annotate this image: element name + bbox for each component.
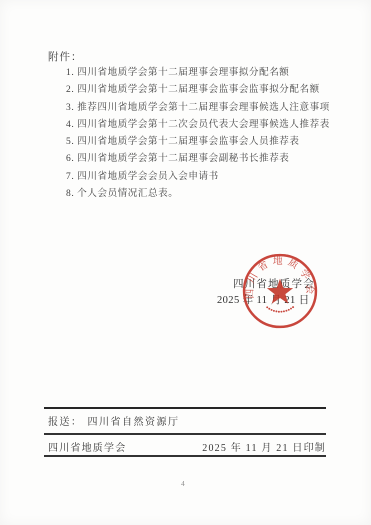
document-page: 附件： 1. 四川省地质学会第十二届理事会理事拟分配名额 2. 四川省地质学会第…	[0, 0, 371, 525]
attachment-item: 7. 四川省地质学会会员入会申请书	[66, 169, 330, 186]
print-date: 2025 年 11 月 21 日印制	[202, 439, 326, 454]
divider-top	[44, 407, 326, 409]
star-icon	[267, 279, 293, 304]
attachment-item: 6. 四川省地质学会第十二届理事会副秘书长推荐表	[66, 151, 330, 168]
attachments-heading: 附件：	[48, 49, 83, 64]
attachment-item: 1. 四川省地质学会第十二届理事会理事拟分配名额	[66, 65, 330, 82]
attachments-list: 1. 四川省地质学会第十二届理事会理事拟分配名额 2. 四川省地质学会第十二届理…	[66, 65, 330, 203]
seal-serial-marks	[266, 306, 294, 313]
attachment-item: 5. 四川省地质学会第十二届理事会监事会人员推荐表	[66, 134, 330, 151]
report-to-label: 报送：	[48, 417, 83, 428]
attachment-item: 8. 个人会员情况汇总表。	[66, 186, 330, 203]
official-seal: 四川省地质学会	[242, 253, 318, 329]
issuer-name: 四川省地质学会	[48, 439, 126, 454]
attachment-item: 3. 推荐四川省地质学会第十二届理事会理事候选人注意事项	[66, 100, 330, 117]
seal-graphic: 四川省地质学会	[242, 253, 318, 329]
divider-middle	[44, 433, 326, 435]
attachment-item: 4. 四川省地质学会第十二次会员代表大会理事候选人推荐表	[66, 117, 330, 134]
report-to-value: 四川省自然资源厅	[88, 417, 180, 428]
divider-bottom	[44, 455, 326, 457]
page-number: 4	[181, 479, 185, 488]
issuer-row: 四川省地质学会 2025 年 11 月 21 日印制	[48, 439, 326, 454]
report-to-row: 报送：四川省自然资源厅	[48, 413, 180, 428]
attachment-item: 2. 四川省地质学会第十二届理事会监事会监事拟分配名额	[66, 82, 330, 99]
